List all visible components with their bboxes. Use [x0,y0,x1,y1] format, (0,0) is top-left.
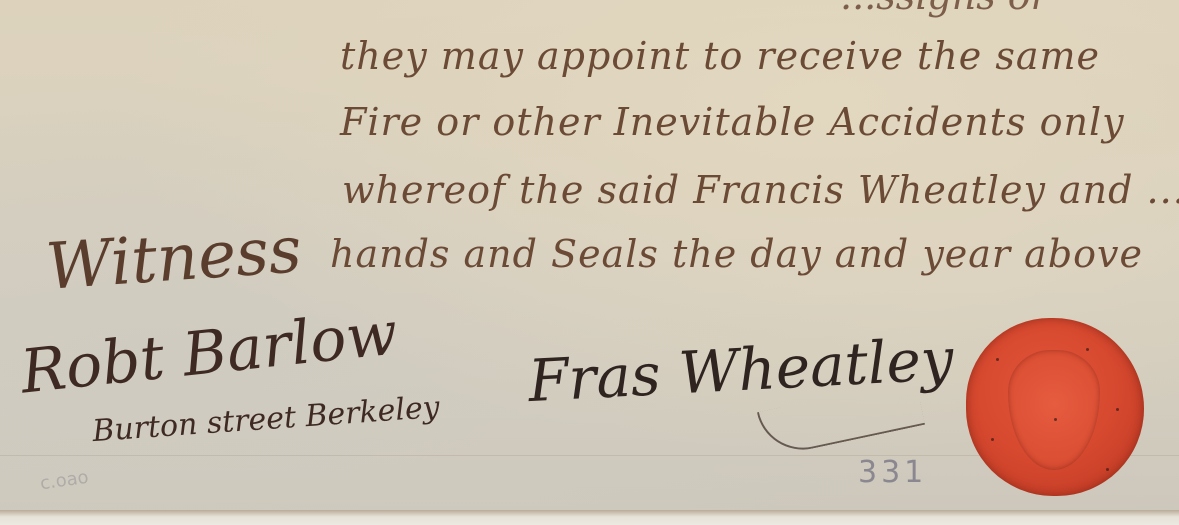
paper-bottom-edge [0,510,1179,525]
text-line-2: Fire or other Inevitable Accidents only [340,100,1125,144]
seal-speck [1116,408,1119,411]
seal-speck [1086,348,1089,351]
text-line-3: whereof the said Francis Wheatley and ..… [342,168,1179,212]
seal-speck [991,438,994,441]
seal-speck [1106,468,1109,471]
wax-seal-icon [966,318,1144,496]
archive-number: 331 [858,455,927,490]
text-line-0: ...ssigns or [840,0,1049,18]
seal-speck [996,358,999,361]
seal-shield-impression [1008,350,1100,470]
text-line-1: they may appoint to receive the same [340,34,1100,78]
text-line-4: hands and Seals the day and year above [330,232,1143,276]
seal-speck [1054,418,1057,421]
